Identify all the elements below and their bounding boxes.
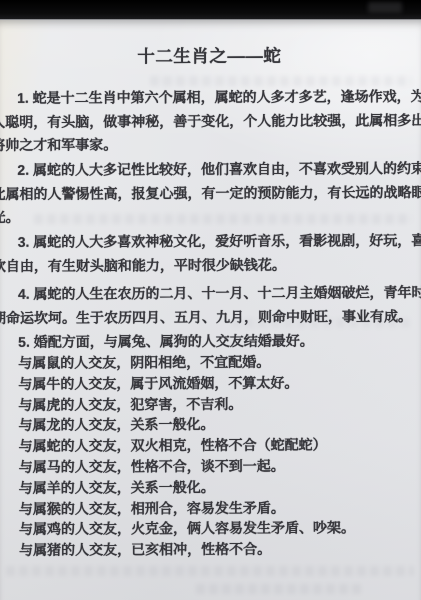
marriage-list-item-3: 与属虎的人交友，犯穿害，不吉利。 bbox=[0, 393, 421, 416]
letterbox-top-bar bbox=[0, 0, 421, 19]
bar-artifact bbox=[368, 2, 402, 13]
paragraph-1-line-2: 人聪明，有头脑，做事神秘，善于变化，个人能力比较强，此属相多出 bbox=[0, 109, 421, 134]
marriage-list-item-6: 与属马的人交友，性格不合，谈不到一起。 bbox=[0, 455, 421, 478]
paragraph-1-line-3: 将帅之才和军事家。 bbox=[0, 132, 421, 157]
marriage-list-item-1: 与属鼠的人交友，阴阳相绝，不宜配婚。 bbox=[0, 351, 421, 374]
paragraph-2-line-3: 光。 bbox=[0, 204, 421, 229]
marriage-list-item-9: 与属鸡的人交友，火克金，俩人容易发生矛盾、吵架。 bbox=[0, 517, 421, 540]
paragraph-2: 2. 属蛇的人大多记性比较好，他们喜欢自由，不喜欢受别人的约束，此属相的人警惕性… bbox=[0, 157, 421, 229]
paragraph-2-line-2: 此属相的人警惕性高，报复心强，有一定的预防能力，有长远的战略眼 bbox=[0, 181, 421, 206]
video-frame: 十二生肖之——蛇 1. 蛇是十二生肖中第六个属相，属蛇的人多才多艺，逢场作戏，为… bbox=[0, 0, 421, 600]
marriage-list-item-7: 与属羊的人交友，关系一般化。 bbox=[0, 476, 421, 499]
marriage-list-item-10: 与属猪的人交友，已亥相冲，性格不合。 bbox=[0, 538, 421, 561]
paragraph-1-line-1: 1. 蛇是十二生肖中第六个属相，属蛇的人多才多艺，逢场作戏，为 bbox=[0, 85, 421, 110]
paragraph-3-line-1: 3. 属蛇的人大多喜欢神秘文化，爱好听音乐，看影视剧，好玩，喜 bbox=[0, 229, 421, 254]
marriage-list-item-2: 与属牛的人交友，属于风流婚姻，不算太好。 bbox=[0, 372, 421, 395]
paragraph-4: 4. 属蛇的人生在农历的二月、十一月、十二月主婚姻破烂，青年时期命运坎坷。生于农… bbox=[0, 281, 421, 330]
document-text: 十二生肖之——蛇 1. 蛇是十二生肖中第六个属相，属蛇的人多才多艺，逢场作戏，为… bbox=[0, 18, 421, 600]
paragraph-3-line-2: 欢自由，有生财头脑和能力，平时很少缺钱花。 bbox=[0, 253, 421, 278]
paragraph-2-line-1: 2. 属蛇的人大多记性比较好，他们喜欢自由，不喜欢受别人的约束， bbox=[0, 157, 421, 182]
marriage-list-item-8: 与属猴的人交友，相刑合，容易发生矛盾。 bbox=[0, 497, 421, 520]
marriage-compatibility-list: 与属鼠的人交友，阴阳相绝，不宜配婚。与属牛的人交友，属于风流婚姻，不算太好。与属… bbox=[0, 351, 421, 561]
paragraph-4-line-2: 期命运坎坷。生于农历四月、五月、九月，则命中财旺，事业有成。 bbox=[0, 305, 421, 330]
marriage-list-item-4: 与属龙的人交友，关系一般化。 bbox=[0, 413, 421, 436]
paragraph-3: 3. 属蛇的人大多喜欢神秘文化，爱好听音乐，看影视剧，好玩，喜欢自由，有生财头脑… bbox=[0, 229, 421, 278]
paragraph-4-line-1: 4. 属蛇的人生在农历的二月、十一月、十二月主婚姻破烂，青年时 bbox=[0, 281, 421, 306]
page-title: 十二生肖之——蛇 bbox=[0, 42, 420, 69]
marriage-list-item-5: 与属蛇的人交友，双火相克，性格不合（蛇配蛇） bbox=[0, 434, 421, 457]
paragraph-1: 1. 蛇是十二生肖中第六个属相，属蛇的人多才多艺，逢场作戏，为人聪明，有头脑，做… bbox=[0, 85, 421, 157]
